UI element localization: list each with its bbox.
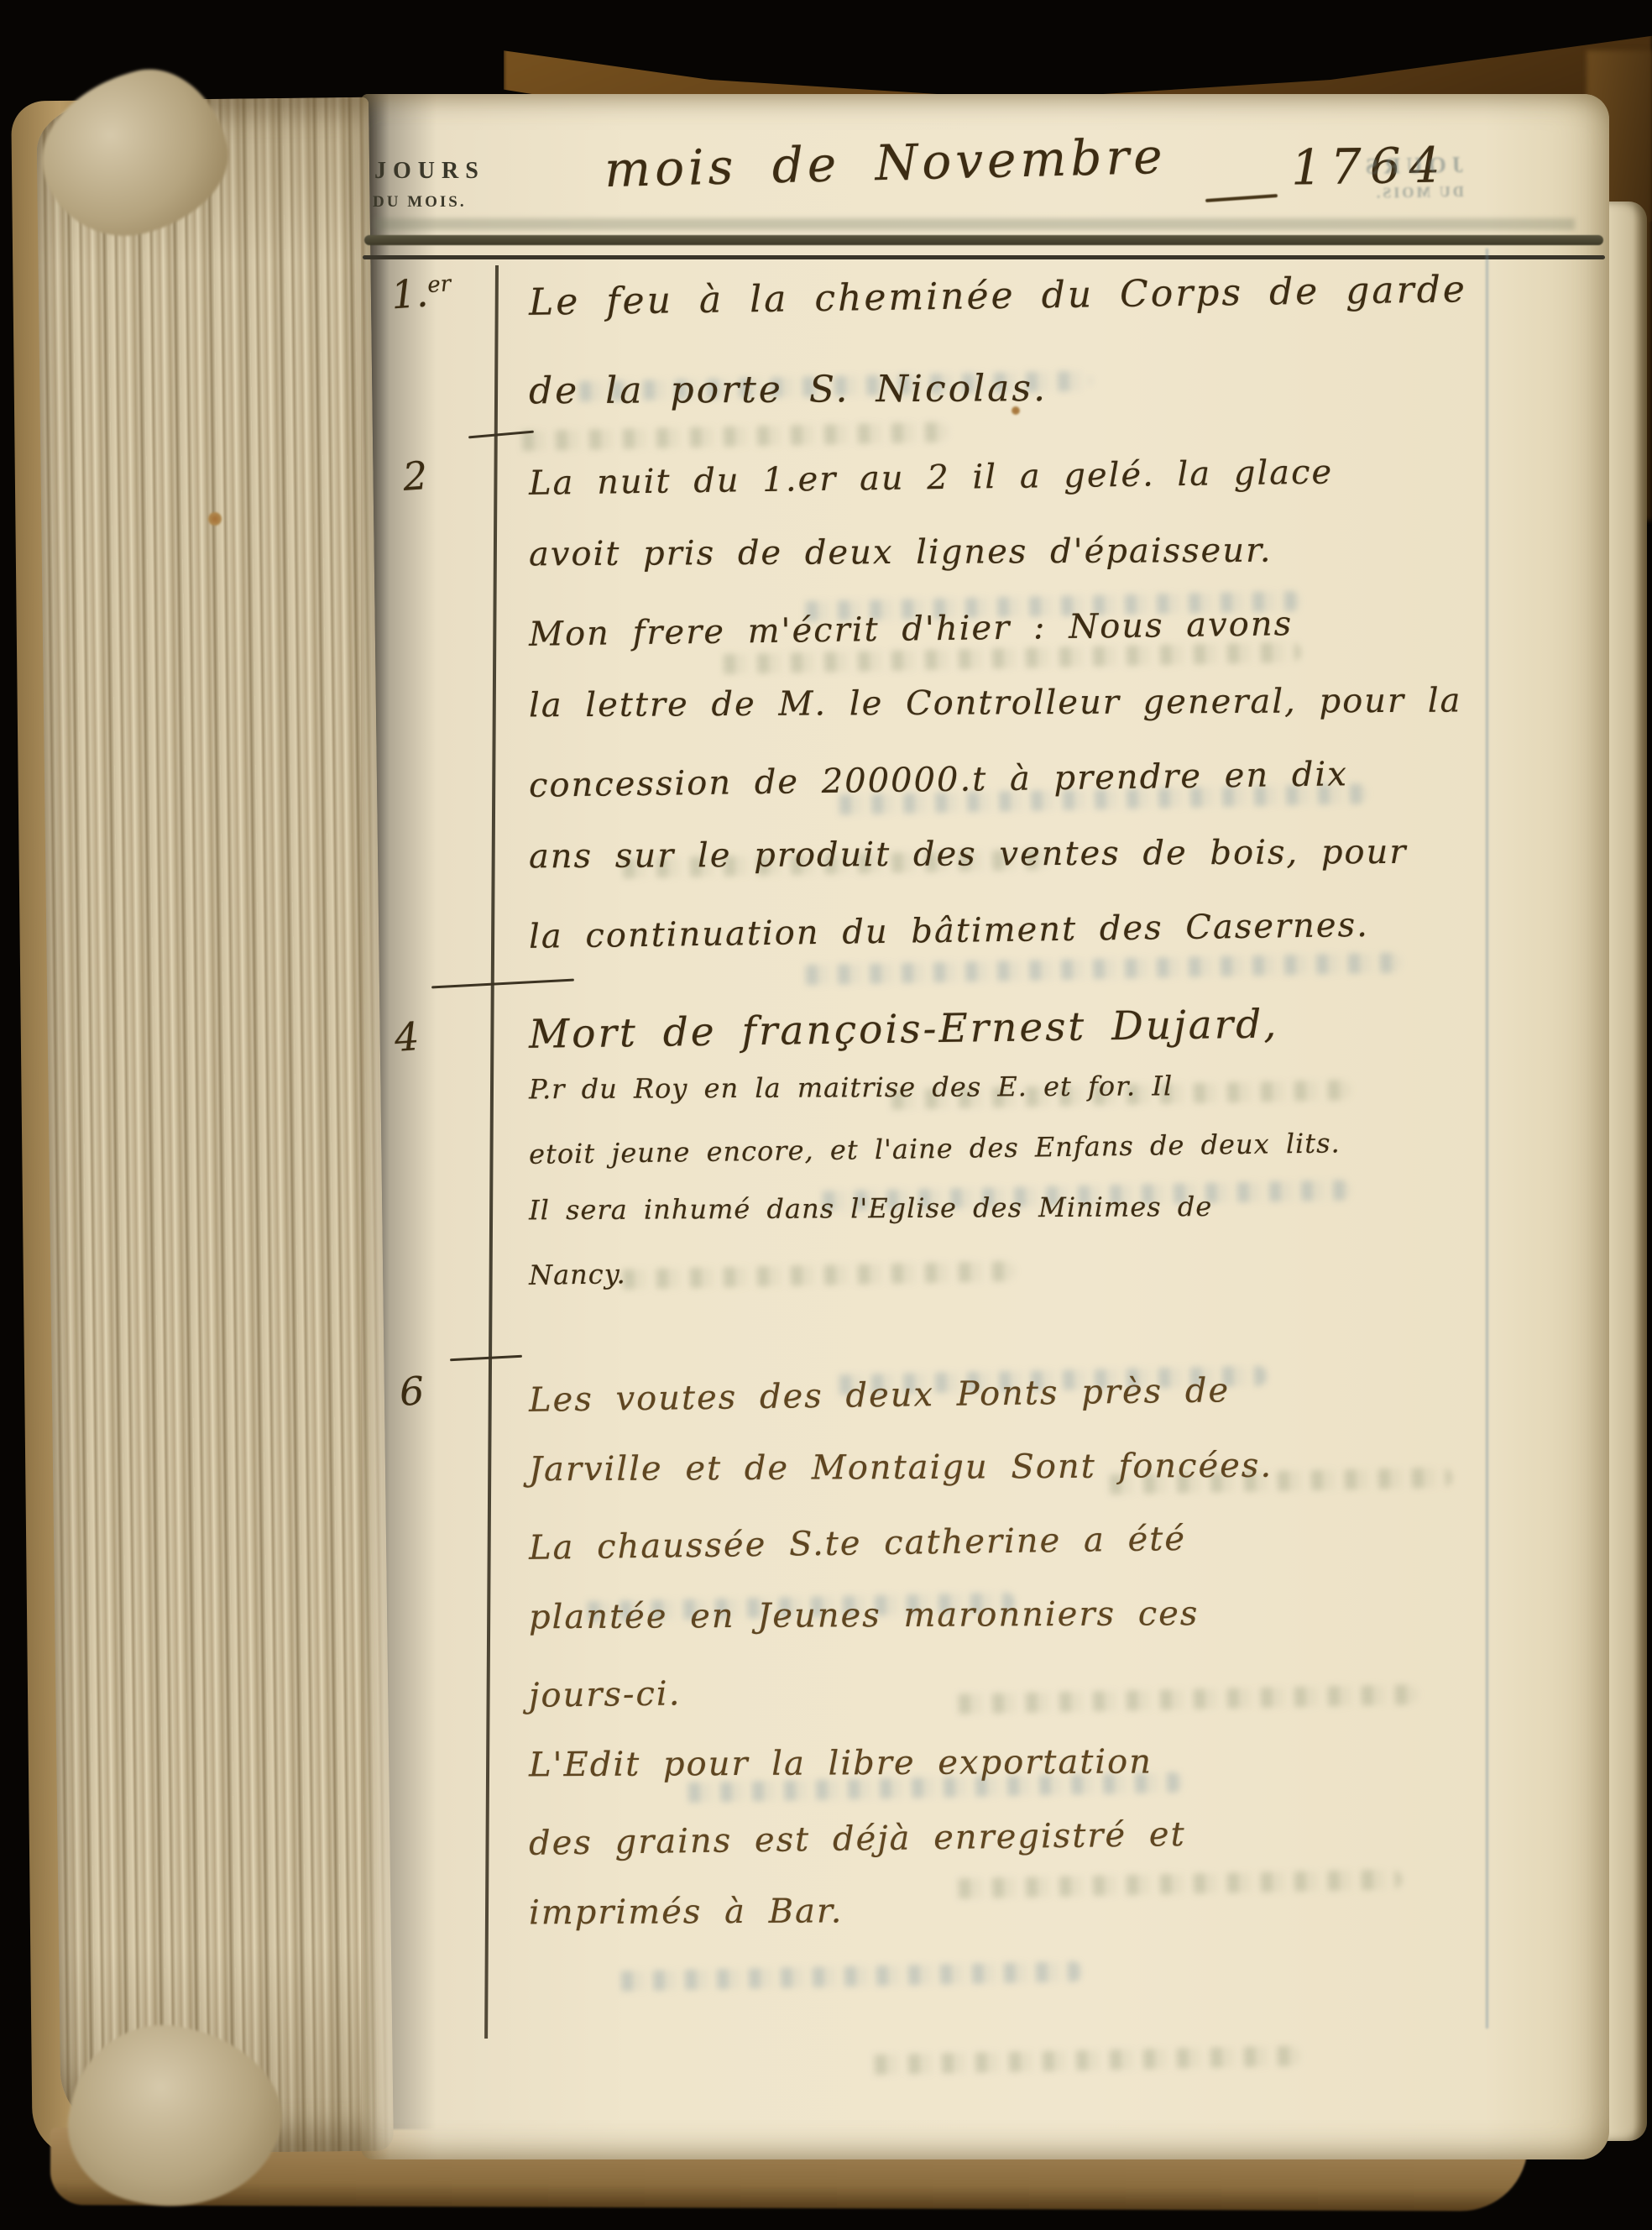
entry-line: la lettre de M. le Controlleur general, … bbox=[529, 681, 1595, 725]
entry-line: La nuit du 1.er au 2 il a gelé. la glace bbox=[529, 449, 1596, 503]
entry-line: Mon frere m'écrit d'hier : Nous avons bbox=[529, 600, 1596, 654]
day-number: 6 bbox=[398, 1368, 426, 1415]
entry-line: ans sur le produit des ventes de bois, p… bbox=[529, 832, 1595, 877]
entry-line: Nancy. bbox=[529, 1244, 1595, 1291]
bleed-header-line2: DU MOIS. bbox=[1360, 183, 1464, 202]
bleed-header-mirrored: JOURS DU MOIS. bbox=[1360, 152, 1465, 202]
entry-line: etoit jeune encore, et l'aine des Enfans… bbox=[529, 1123, 1595, 1170]
journal-entry-2: La nuit du 1.er au 2 il a gelé. la glace… bbox=[529, 457, 1595, 986]
day-tick bbox=[450, 1355, 522, 1361]
day-number-text: 4 bbox=[393, 1013, 421, 1060]
day-number-text: 1. bbox=[389, 270, 430, 318]
day-column-rule bbox=[484, 265, 499, 2039]
entry-line: de la porte S. Nicolas. bbox=[529, 364, 1595, 413]
day-number-text: 2 bbox=[401, 453, 429, 500]
journal-entry-1: Le feu à la cheminée du Corps de garde d… bbox=[529, 274, 1595, 460]
page-stack-fore-edges bbox=[36, 97, 394, 2155]
day-number: 4 bbox=[393, 1013, 421, 1060]
entry-line: plantée en Jeunes maronniers ces bbox=[529, 1593, 1595, 1637]
entry-line: imprimés à Bar. bbox=[529, 1888, 1595, 1933]
day-number-text: 6 bbox=[398, 1368, 426, 1415]
entry-line: P.r du Roy en la maitrise des E. et for.… bbox=[529, 1068, 1595, 1106]
entry-line: Le feu à la cheminée du Corps de garde bbox=[529, 266, 1596, 324]
entry-line: la continuation du bâtiment des Casernes… bbox=[529, 903, 1596, 956]
printed-header-jours: JOURS bbox=[374, 158, 485, 185]
entry-line: jours-ci. bbox=[529, 1662, 1596, 1715]
bleed-through-writing bbox=[613, 1961, 1083, 1992]
bleed-through-writing bbox=[865, 2046, 1301, 2076]
entry-line: avoit pris de deux lignes d'épaisseur. bbox=[529, 530, 1595, 574]
entry-line: L'Edit pour la libre exportation bbox=[529, 1741, 1595, 1785]
entry-line: Jarville et de Montaigu Sont foncées. bbox=[529, 1445, 1595, 1489]
entry-line: Les voutes des deux Ponts près de bbox=[529, 1366, 1596, 1420]
header-double-rule-thin bbox=[363, 255, 1605, 259]
day-number-suffix: er bbox=[426, 271, 452, 298]
header-flourish bbox=[1205, 194, 1278, 202]
handwritten-month: mois de Novembre bbox=[604, 128, 1167, 198]
day-number: 1.er bbox=[389, 269, 452, 318]
header-double-rule-thick bbox=[364, 235, 1603, 245]
bleed-through-rule bbox=[374, 218, 1575, 230]
entry-line: La chaussée S.te catherine a été bbox=[529, 1514, 1596, 1568]
entry-line: concession de 200000.t à prendre en dix bbox=[529, 751, 1596, 805]
journal-entry-6: Les voutes des deux Ponts près de Jarvil… bbox=[529, 1374, 1595, 1965]
bleed-header-line1: JOURS bbox=[1360, 152, 1464, 180]
entry-line: Mort de françois-Ernest Dujard, bbox=[529, 997, 1596, 1058]
journal-entry-4: Mort de françois-Ernest Dujard, P.r du R… bbox=[529, 1004, 1595, 1312]
day-number: 2 bbox=[401, 453, 429, 500]
book-photo: JOURS DU MOIS. mois de Novembre 1764 JOU… bbox=[0, 0, 1652, 2230]
entry-line: des grains est déjà enregistré et bbox=[529, 1809, 1596, 1863]
manuscript-page: JOURS DU MOIS. mois de Novembre 1764 JOU… bbox=[361, 94, 1609, 2159]
foxing-spot bbox=[208, 512, 222, 526]
printed-header-du-mois: DU MOIS. bbox=[373, 193, 467, 212]
entry-line: Il sera inhumé dans l'Eglise des Minimes… bbox=[529, 1189, 1595, 1227]
